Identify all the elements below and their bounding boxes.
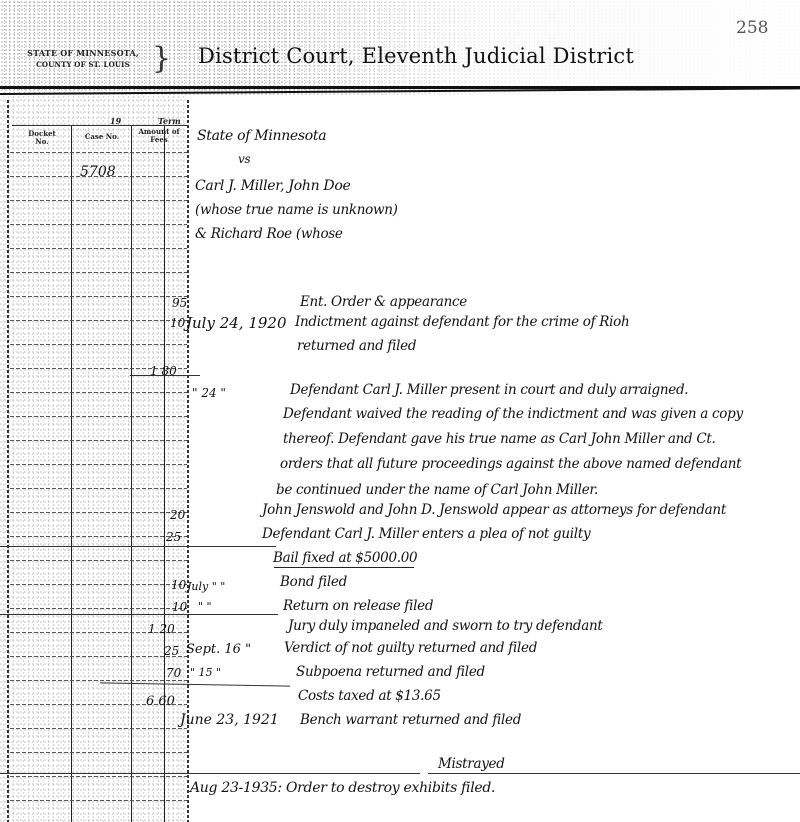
- entry-text: Return on release filed: [283, 598, 433, 614]
- entry-text: Defendant waived the reading of the indi…: [283, 406, 743, 422]
- section-rule: [130, 375, 200, 376]
- fee-amount: 70: [166, 666, 181, 680]
- disposition-rule-left: [0, 773, 420, 774]
- fee-amount: 25: [166, 530, 181, 544]
- ledger-ruling: [10, 680, 187, 681]
- entry-text: returned and filed: [297, 338, 416, 354]
- fee-amount: 10: [171, 578, 186, 592]
- entry-date: July " ": [187, 580, 225, 593]
- entry-text: orders that all future proceedings again…: [280, 456, 741, 472]
- ledger-ruling: [10, 752, 187, 753]
- fee-amount: 1 20: [148, 622, 175, 636]
- caption-alias: (whose true name is unknown): [195, 202, 398, 218]
- entry-text: Verdict of not guilty returned and filed: [284, 640, 537, 656]
- ledger-ruling: [10, 272, 187, 273]
- entry-text: Indictment against defendant for the cri…: [295, 314, 629, 330]
- ledger-ruling: [10, 488, 187, 489]
- brace-glyph: }: [152, 44, 171, 74]
- fee-total: 6 60: [146, 694, 175, 709]
- column-header-docket: Docket No.: [22, 130, 62, 146]
- entry-date: " ": [198, 600, 212, 613]
- ledger-ruling: [10, 608, 187, 609]
- entry-text: Bench warrant returned and filed: [300, 712, 521, 728]
- caption-defendant: Carl J. Miller, John Doe: [195, 178, 350, 194]
- fee-amount: 25: [164, 644, 179, 658]
- ledger-ruling: [10, 200, 187, 201]
- column-divider-case: [131, 125, 132, 822]
- disposition-label: Mistrayed: [438, 756, 505, 772]
- ledger-ruling: [10, 440, 187, 441]
- state-label: STATE OF MINNESOTA,: [8, 48, 158, 59]
- entry-text: Subpoena returned and filed: [296, 664, 485, 680]
- margin-line: [7, 100, 9, 822]
- case-number: 5708: [80, 164, 116, 180]
- ledger-ruling: [10, 296, 187, 297]
- entry-date: June 23, 1921: [180, 712, 279, 728]
- bail-underline: [274, 567, 414, 568]
- entry-text: Defendant Carl J. Miller present in cour…: [290, 382, 688, 398]
- total-rule: [100, 682, 290, 686]
- ledger-ruling: [10, 320, 187, 321]
- year-prefix: 19: [110, 116, 121, 126]
- final-entry: Aug 23-1935: Order to destroy exhibits f…: [190, 780, 495, 796]
- ledger-ruling: [10, 224, 187, 225]
- entry-date: " 15 ": [190, 666, 221, 679]
- ledger-ruling: [10, 344, 187, 345]
- entry-text: thereof. Defendant gave his true name as…: [283, 431, 716, 447]
- state-county-label: STATE OF MINNESOTA, COUNTY OF ST. LOUIS: [8, 48, 158, 70]
- ledger-ruling: [10, 584, 187, 585]
- column-header-case: Case No.: [78, 133, 126, 141]
- term-label: Term: [158, 116, 181, 126]
- column-divider-fees: [164, 125, 165, 822]
- entry-text: Defendant Carl J. Miller enters a plea o…: [262, 526, 590, 542]
- court-title: District Court, Eleventh Judicial Distri…: [198, 44, 634, 68]
- column-divider-docket: [71, 125, 72, 822]
- fee-amount: 10: [172, 600, 187, 614]
- entry-date: " 24 ": [192, 386, 226, 400]
- section-rule: [0, 546, 276, 547]
- ledger-ruling: [10, 536, 187, 537]
- entry-text: be continued under the name of Carl John…: [276, 482, 598, 498]
- ledger-ruling: [10, 800, 187, 801]
- caption-codefendant: & Richard Roe (whose: [195, 226, 343, 242]
- caption-plaintiff: State of Minnesota: [197, 128, 326, 144]
- ledger-ruling: [10, 464, 187, 465]
- entry-text: Bail fixed at $5000.00: [273, 550, 417, 566]
- ledger-ruling: [10, 416, 187, 417]
- section-rule: [0, 614, 278, 615]
- disposition-rule-right: [428, 773, 800, 774]
- scan-noise-left: [0, 95, 185, 822]
- fee-amount: 95: [172, 296, 187, 310]
- caption-vs: vs: [238, 152, 250, 166]
- entry-text: Jury duly impaneled and sworn to try def…: [288, 618, 602, 634]
- entry-text: John Jenswold and John D. Jenswold appea…: [262, 502, 726, 518]
- column-header-fees: Amount of Fees: [133, 128, 185, 144]
- year-term-line: 19 ____Term: [110, 116, 181, 126]
- ledger-ruling: [10, 248, 187, 249]
- ledger-ruling: [10, 152, 187, 153]
- fee-amount: 20: [170, 508, 185, 522]
- entry-text: Costs taxed at $13.65: [298, 688, 441, 704]
- ledger-ruling: [10, 728, 187, 729]
- ledger-ruling: [10, 512, 187, 513]
- ledger-ruling: [10, 560, 187, 561]
- ledger-ruling: [10, 392, 187, 393]
- entry-text: Ent. Order & appearance: [300, 294, 467, 310]
- entry-date: Sept. 16 ": [186, 642, 251, 657]
- entry-text: Bond filed: [280, 574, 347, 590]
- entry-date: July 24, 1920: [186, 314, 287, 332]
- ledger-ruling: [10, 776, 187, 777]
- fee-amount: 10: [170, 316, 185, 330]
- ledger-ruling: [10, 656, 187, 657]
- page-number: 258: [736, 18, 768, 38]
- county-label: COUNTY OF ST. LOUIS: [8, 59, 158, 70]
